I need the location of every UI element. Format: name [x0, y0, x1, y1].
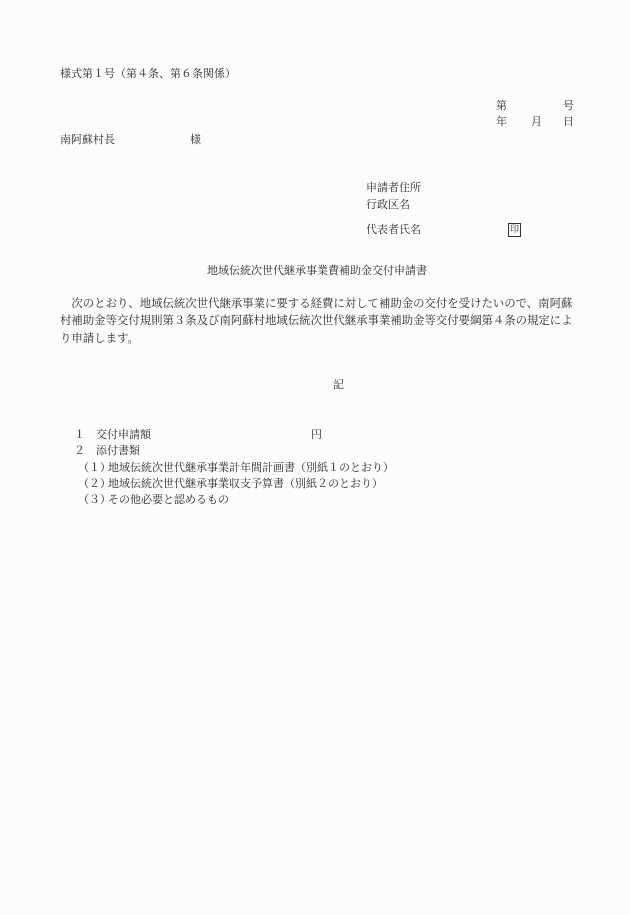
- item-2-number: ２: [74, 444, 85, 458]
- body-paragraph: 次のとおり、地域伝統次世代継承事業に要する経費に対して補助金の交付を受けたいので…: [60, 295, 576, 347]
- applicant-representative-label: 代表者氏名: [366, 223, 421, 237]
- form-number: 様式第１号（第４条、第６条関係）: [60, 67, 236, 81]
- attachment-2-number: （２）: [78, 477, 111, 491]
- item-1-number: １: [74, 428, 85, 442]
- attachment-3-label: その他必要と認めるもの: [108, 493, 229, 507]
- attachment-2-label: 地域伝統次世代継承事業収支予算書（別紙２のとおり）: [108, 477, 383, 491]
- item-1-label: 交付申請額: [96, 428, 151, 442]
- date-month-label: 月: [531, 115, 542, 129]
- applicant-district-label: 行政区名: [366, 198, 410, 212]
- doc-number-prefix: 第: [496, 99, 507, 113]
- item-1-unit: 円: [311, 428, 322, 442]
- ki-heading: 記: [333, 378, 344, 392]
- seal-mark-icon: 印: [508, 222, 521, 237]
- attachment-1-label: 地域伝統次世代継承事業計年間計画書（別紙１のとおり）: [108, 461, 394, 475]
- applicant-address-label: 申請者住所: [366, 181, 421, 195]
- attachment-1-number: （１）: [78, 461, 111, 475]
- date-day-label: 日: [563, 115, 574, 129]
- item-2-label: 添付書類: [96, 444, 140, 458]
- document-title: 地域伝統次世代継承事業費補助金交付申請書: [207, 264, 427, 278]
- doc-number-suffix: 号: [563, 99, 574, 113]
- addressee-name: 南阿蘇村長: [60, 133, 115, 147]
- seal-mark-text: 印: [508, 223, 521, 237]
- attachment-3-number: （３）: [78, 493, 111, 507]
- date-year-label: 年: [496, 115, 507, 129]
- addressee-honorific: 様: [190, 133, 201, 147]
